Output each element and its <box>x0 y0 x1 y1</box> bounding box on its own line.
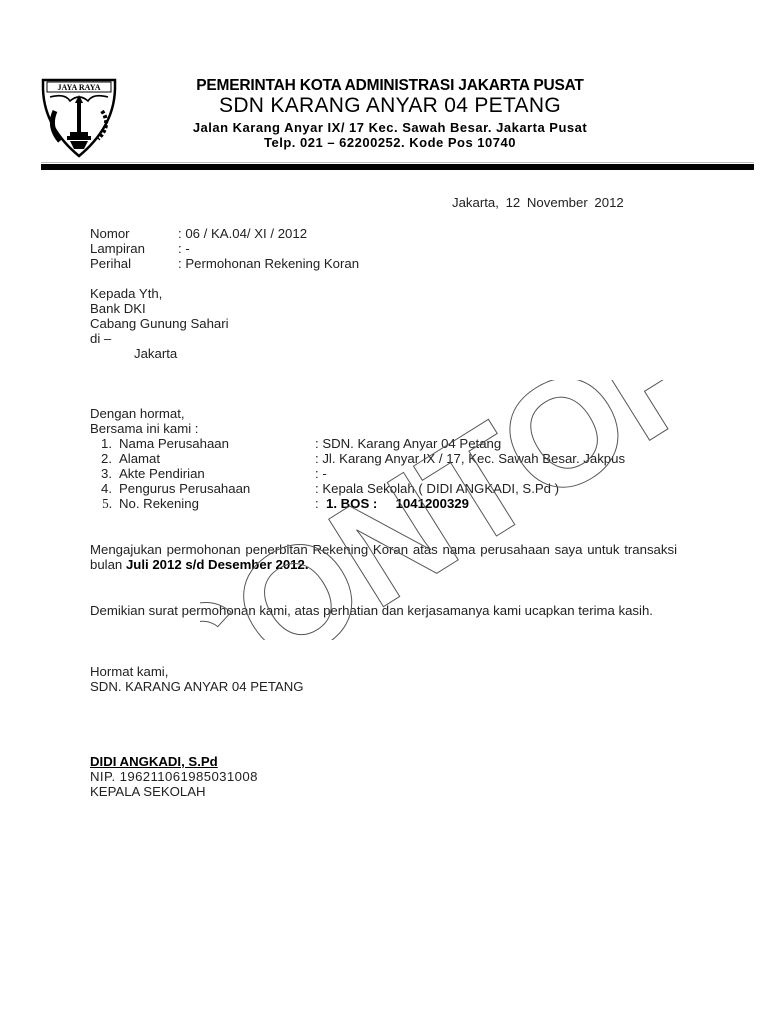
recipient-bank: Bank DKI <box>90 301 146 316</box>
letterhead-divider-thin <box>41 162 754 163</box>
meta-row-lampiran: Lampiran: - <box>90 241 190 256</box>
closing-paragraph: Demikian surat permohonan kami, atas per… <box>90 603 677 618</box>
list-number: 4. <box>90 481 112 496</box>
meta-value: : Permohonan Rekening Koran <box>178 256 359 271</box>
letter-date: Jakarta, 12 November 2012 <box>452 195 624 210</box>
account-number: 1041200329 <box>396 496 469 511</box>
recipient-city: Jakarta <box>134 346 177 361</box>
signature-organization: SDN. KARANG ANYAR 04 PETANG <box>90 679 304 694</box>
recipient-line: Kepada Yth, <box>90 286 162 301</box>
list-label: Pengurus Perusahaan <box>119 481 315 496</box>
meta-label: Perihal <box>90 256 178 271</box>
list-label: No. Rekening <box>119 496 315 511</box>
list-item: 2.Alamat: Jl. Karang Anyar IX / 17, Kec.… <box>90 451 625 466</box>
meta-row-perihal: Perihal: Permohonan Rekening Koran <box>90 256 359 271</box>
list-item: 5.No. Rekening: 1. BOS : 1041200329 <box>90 496 469 511</box>
government-heading: PEMERINTAH KOTA ADMINISTRASI JAKARTA PUS… <box>150 77 630 95</box>
meta-label: Nomor <box>90 226 178 241</box>
list-value: : Kepala Sekolah ( DIDI ANGKADI, S.Pd ) <box>315 481 559 496</box>
school-name: SDN KARANG ANYAR 04 PETANG <box>150 94 630 118</box>
list-item: 1.Nama Perusahaan: SDN. Karang Anyar 04 … <box>90 436 501 451</box>
signatory-position: KEPALA SEKOLAH <box>90 784 206 799</box>
school-address: Jalan Karang Anyar IX/ 17 Kec. Sawah Bes… <box>150 120 630 135</box>
school-contact: Telp. 021 – 62200252. Kode Pos 10740 <box>150 135 630 150</box>
signatory-nip: NIP. 196211061985031008 <box>90 769 258 784</box>
account-type: 1. BOS : <box>326 496 377 511</box>
list-number: 5. <box>90 496 112 511</box>
list-value-prefix: : <box>315 496 319 511</box>
list-item: 3.Akte Pendirian: - <box>90 466 327 481</box>
recipient-di: di – <box>90 331 111 346</box>
signatory-name: DIDI ANGKADI, S.Pd <box>90 754 218 769</box>
list-value: : - <box>315 466 327 481</box>
list-label: Alamat <box>119 451 315 466</box>
meta-value: : - <box>178 241 190 256</box>
request-paragraph: Mengajukan permohonan penerbitan Rekenin… <box>90 542 677 572</box>
list-value: : Jl. Karang Anyar IX / 17, Kec. Sawah B… <box>315 451 625 466</box>
list-label: Nama Perusahaan <box>119 436 315 451</box>
list-number: 3. <box>90 466 112 481</box>
meta-label: Lampiran <box>90 241 178 256</box>
greeting: Dengan hormat, <box>90 406 185 421</box>
list-label: Akte Pendirian <box>119 466 315 481</box>
intro: Bersama ini kami : <box>90 421 198 436</box>
letterhead-divider <box>41 164 754 170</box>
salutation: Hormat kami, <box>90 664 168 679</box>
list-number: 1. <box>90 436 112 451</box>
list-item: 4.Pengurus Perusahaan: Kepala Sekolah ( … <box>90 481 559 496</box>
request-period: Juli 2012 s/d Desember 2012. <box>126 557 309 572</box>
meta-value: : 06 / KA.04/ XI / 2012 <box>178 226 307 241</box>
list-value: : SDN. Karang Anyar 04 Petang <box>315 436 501 451</box>
list-number: 2. <box>90 451 112 466</box>
jakarta-emblem-logo: JAYA RAYA <box>40 77 118 159</box>
recipient-branch: Cabang Gunung Sahari <box>90 316 229 331</box>
svg-text:JAYA RAYA: JAYA RAYA <box>57 83 100 92</box>
meta-row-nomor: Nomor: 06 / KA.04/ XI / 2012 <box>90 226 307 241</box>
